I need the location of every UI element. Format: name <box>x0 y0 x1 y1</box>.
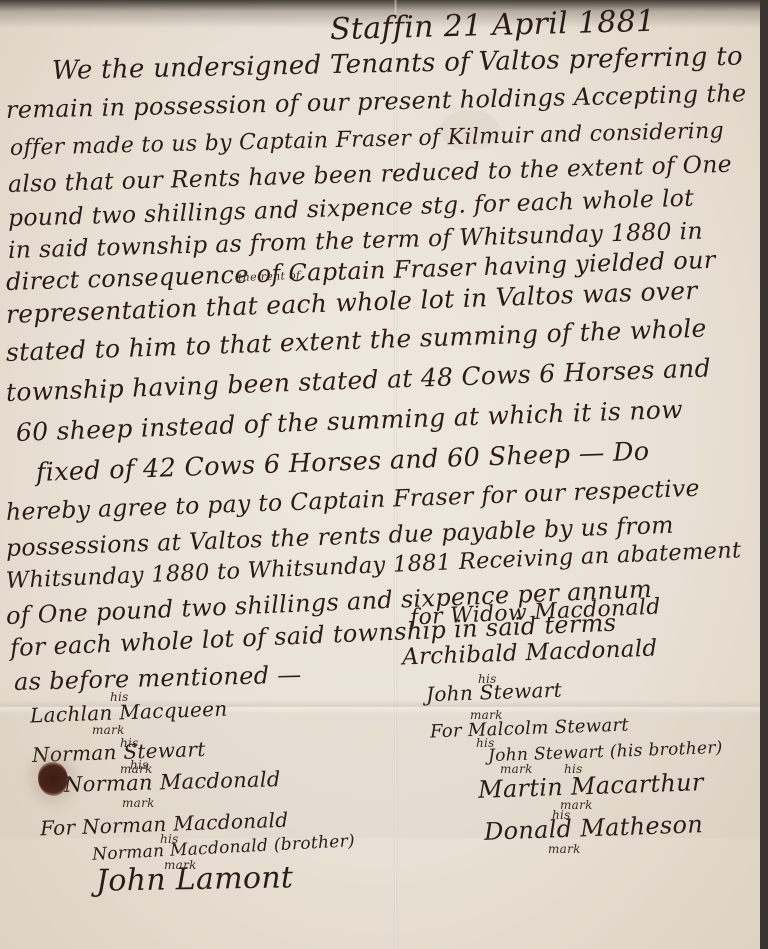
mark-annotation: mark <box>122 796 155 810</box>
signature-john-stewart: John Stewart <box>426 678 563 707</box>
place-date-heading: Staffin 21 April 1881 <box>330 4 656 48</box>
body-line: We the undersigned Tenants of Valtos pre… <box>52 42 743 86</box>
signature-john-lamont: John Lamont <box>96 860 294 898</box>
mark-annotation: mark <box>92 723 125 737</box>
letter-paper: Staffin 21 April 1881 We the undersigned… <box>0 0 760 949</box>
body-line: remain in possession of our present hold… <box>6 79 747 124</box>
mark-annotation: mark <box>548 842 581 856</box>
insertion-text: the rent of <box>238 269 301 284</box>
body-line: as before mentioned — <box>14 660 302 696</box>
